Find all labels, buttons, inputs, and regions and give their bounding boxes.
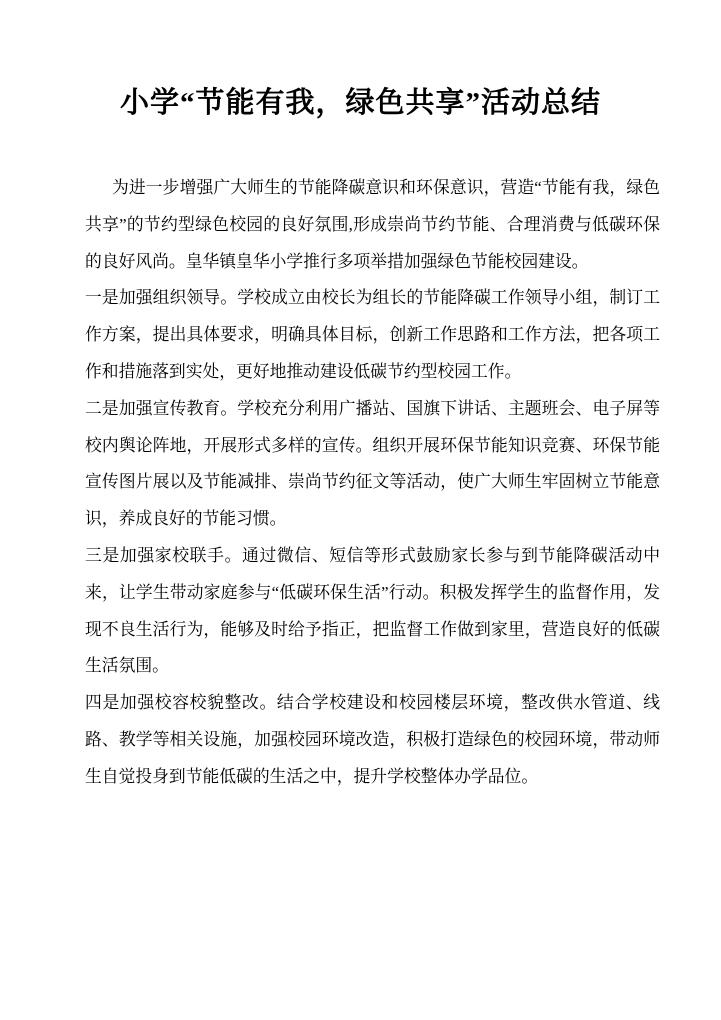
paragraph-point-2: 二是加强宣传教育。学校充分利用广播站、国旗下讲话、主题班会、电子屏等校内舆论阵地… [85, 391, 660, 538]
paragraph-intro: 为进一步增强广大师生的节能降碳意识和环保意识，营造“节能有我，绿色共享”的节约型… [85, 170, 660, 280]
document-title: 小学“节能有我，绿色共享”活动总结 [0, 85, 721, 121]
paragraph-point-4: 四是加强校容校貌整改。结合学校建设和校园楼层环境，整改供水管道、线路、教学等相关… [85, 685, 660, 795]
paragraph-point-3: 三是加强家校联手。通过微信、短信等形式鼓励家长参与到节能降碳活动中来，让学生带动… [85, 538, 660, 685]
document-body: 为进一步增强广大师生的节能降碳意识和环保意识，营造“节能有我，绿色共享”的节约型… [85, 170, 660, 796]
document-page: 小学“节能有我，绿色共享”活动总结 为进一步增强广大师生的节能降碳意识和环保意识… [0, 0, 721, 1020]
paragraph-point-1: 一是加强组织领导。学校成立由校长为组长的节能降碳工作领导小组，制订工作方案，提出… [85, 280, 660, 390]
